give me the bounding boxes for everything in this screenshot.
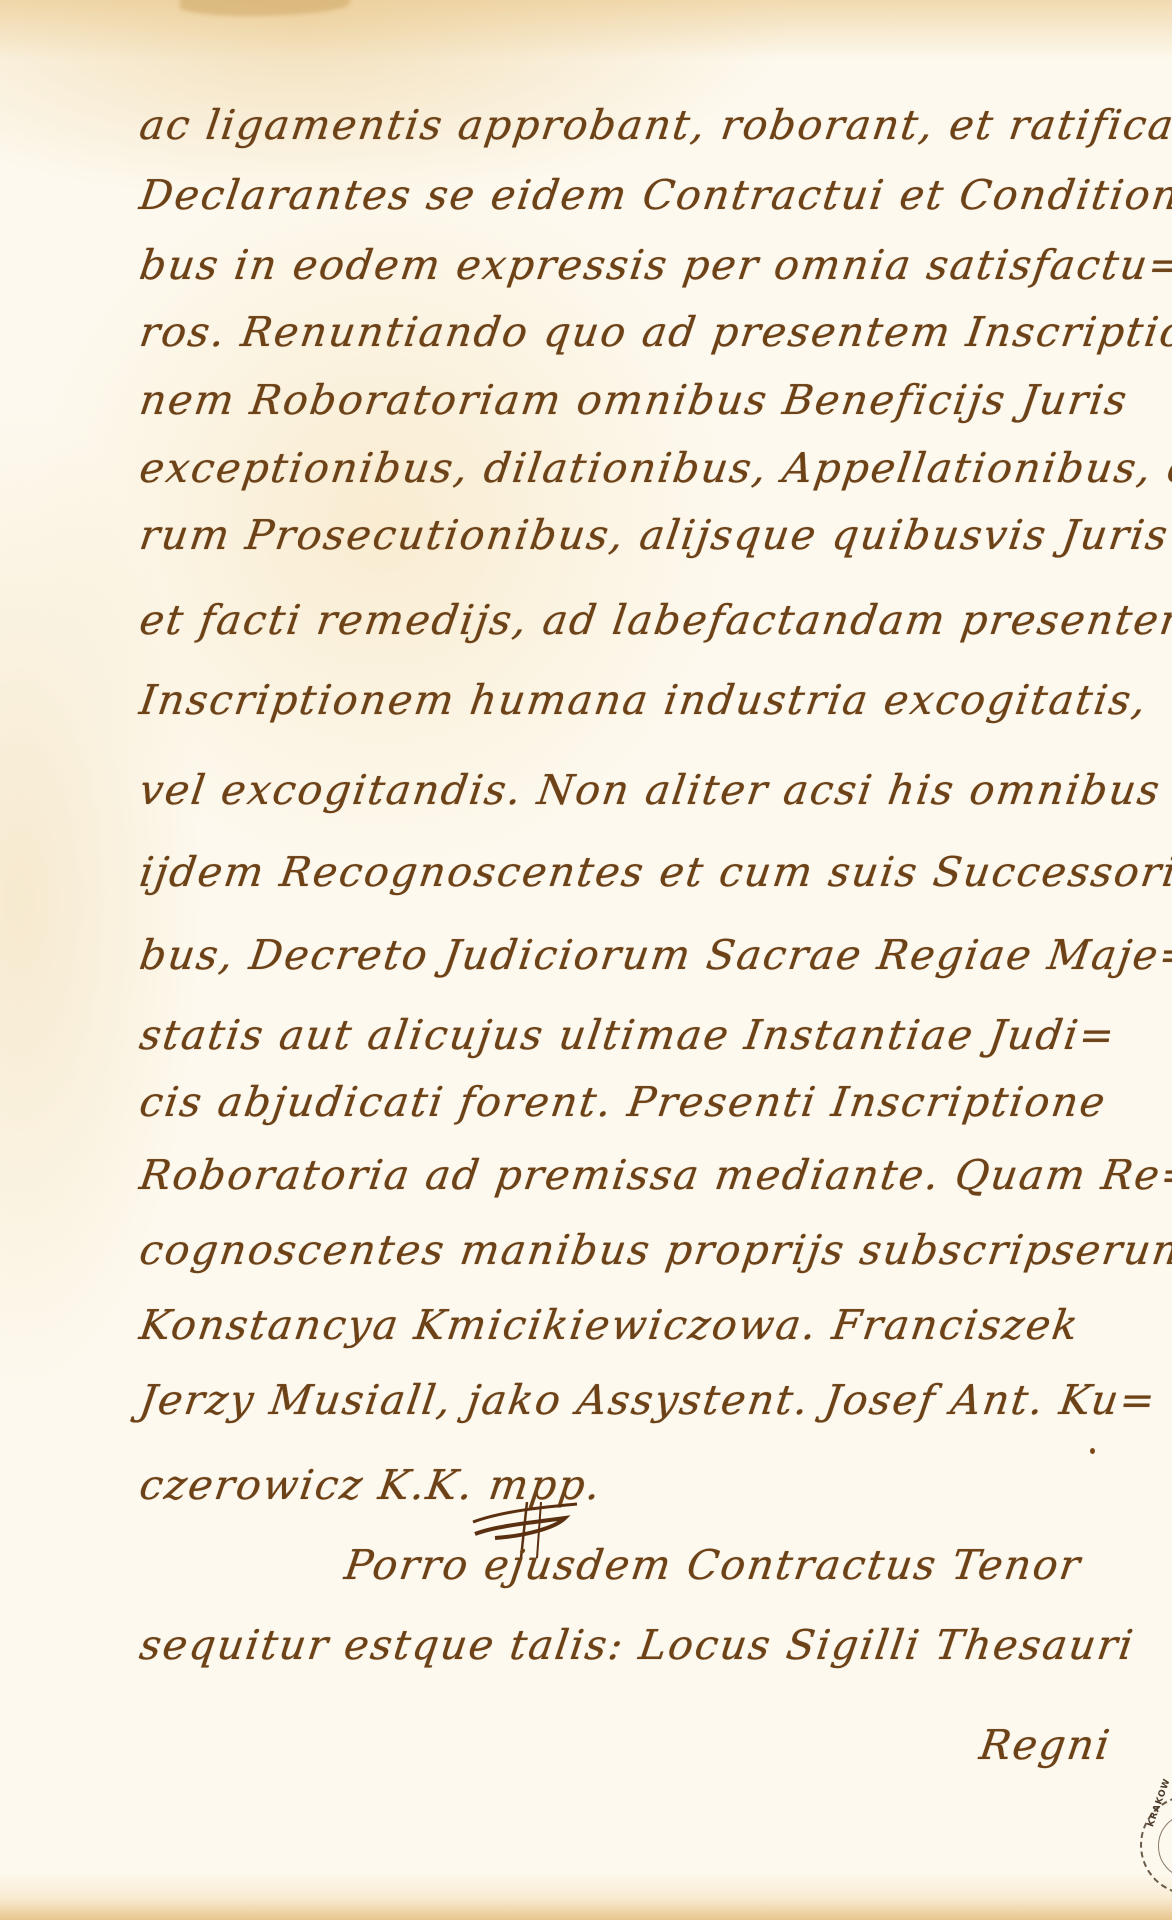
paper-stain xyxy=(180,0,350,16)
text-line-11: ijdem Recognoscentes et cum suis Success… xyxy=(137,852,1123,893)
text-line-14: cis abjudicati forent. Presenti Inscript… xyxy=(137,1082,1123,1123)
catchword: Regni xyxy=(977,1725,1103,1766)
manuscript-page: ac ligamentis approbant, roborant, et ra… xyxy=(0,0,1172,1920)
text-line-20: Porro ejusdem Contractus Tenor xyxy=(342,1545,1172,1586)
text-line-5: nem Roboratoriam omnibus Beneficijs Juri… xyxy=(137,380,1123,421)
text-line-15: Roboratoria ad premissa mediante. Quam R… xyxy=(137,1155,1123,1196)
ink-dot xyxy=(1090,1448,1095,1454)
text-line-18: Jerzy Musiall, jako Assystent. Josef Ant… xyxy=(137,1380,1123,1421)
text-line-10: vel excogitandis. Non aliter acsi his om… xyxy=(137,770,1123,811)
text-line-1: ac ligamentis approbant, roborant, et ra… xyxy=(137,105,1123,146)
text-line-21: sequitur estque talis: Locus Sigilli The… xyxy=(137,1625,1123,1666)
text-line-3: bus in eodem expressis per omnia satisfa… xyxy=(137,245,1123,286)
text-line-2: Declarantes se eidem Contractui et Condi… xyxy=(137,175,1123,216)
text-line-7: rum Prosecutionibus, alijsque quibusvis … xyxy=(137,515,1123,556)
text-line-17: Konstancya Kmicikiewiczowa. Franciszek xyxy=(137,1305,1123,1346)
text-line-13: statis aut alicujus ultimae Instantiae J… xyxy=(137,1015,1123,1056)
archive-stamp: KRAKOW xyxy=(1140,1795,1172,1895)
stamp-inner-ring xyxy=(1158,1813,1172,1879)
text-line-6: exceptionibus, dilationibus, Appellation… xyxy=(137,448,1123,489)
text-line-9: Inscriptionem humana industria excogitat… xyxy=(137,680,1123,721)
text-line-16: cognoscentes manibus proprijs subscripse… xyxy=(137,1230,1123,1271)
text-line-8: et facti remedijs, ad labefactandam pres… xyxy=(137,600,1123,641)
text-line-4: ros. Renuntiando quo ad presentem Inscri… xyxy=(137,312,1123,353)
text-line-12: bus, Decreto Judiciorum Sacrae Regiae Ma… xyxy=(137,935,1123,976)
text-line-19: czerowicz K.K. mpp. xyxy=(137,1465,1123,1506)
